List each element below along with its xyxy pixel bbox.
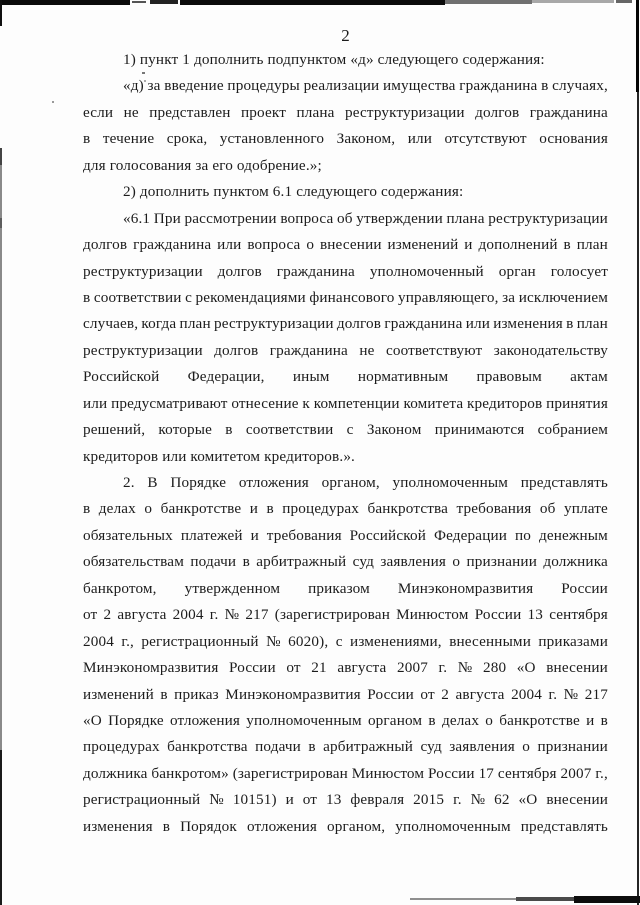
word: России	[229, 655, 276, 681]
word: №	[225, 602, 240, 628]
word: предусматривают	[111, 391, 227, 417]
word: обязательствам	[83, 549, 184, 575]
scan-artifact-top-edge	[445, 0, 532, 4]
word: «О	[83, 708, 102, 734]
scan-artifact-right-edge	[637, 92, 639, 905]
word: иным	[293, 364, 330, 390]
word: «6.1	[123, 206, 150, 232]
scan-artifact-speck	[52, 101, 54, 103]
word: или	[408, 126, 432, 152]
word: банкротстве	[499, 708, 580, 734]
word: признании	[537, 734, 607, 760]
word: Российской	[350, 523, 426, 549]
word: долгов	[214, 338, 258, 364]
text-line: обязательныхплатежейитребованияРоссийско…	[83, 523, 608, 549]
word: вопроса	[247, 232, 300, 258]
word: реализации	[304, 73, 380, 99]
word: случаев,	[83, 311, 138, 337]
word: 2004	[173, 602, 204, 628]
text-line: кредиторов или комитетом кредиторов.».	[83, 444, 608, 470]
word: от	[420, 682, 434, 708]
scan-artifact-top-edge	[180, 0, 445, 5]
text-line: должникабанкротом»(зарегистрированМинюст…	[83, 761, 608, 787]
word: Законом,	[337, 126, 396, 152]
word: требования	[456, 496, 531, 522]
word: законодательству	[494, 338, 608, 364]
word: банкротства	[367, 496, 448, 522]
word: Порядок	[180, 814, 237, 840]
word: 2004	[511, 682, 542, 708]
word: не	[124, 100, 139, 126]
word: в	[266, 496, 273, 522]
word: 2004	[83, 629, 114, 655]
word: и	[286, 787, 294, 813]
word: правовым	[477, 364, 542, 390]
word: в	[541, 73, 548, 99]
word: не	[359, 338, 374, 364]
text-line: «ОПорядкеотложенияуполномоченныморганомв…	[83, 708, 608, 734]
scan-artifact-top-edge	[616, 0, 632, 3]
word: актам	[570, 364, 608, 390]
word: Федерации,	[188, 364, 265, 390]
word: имущества	[383, 73, 456, 99]
word: банкротом,	[83, 576, 157, 602]
word: №	[209, 787, 224, 813]
word: уполномоченным	[395, 814, 511, 840]
word: г.,	[595, 761, 608, 787]
scan-artifact-top-edge	[0, 0, 130, 5]
text-line: 2) дополнить пунктом 6.1 следующего соде…	[83, 179, 608, 205]
document-body: 1) пункт 1 дополнить подпунктом «д» след…	[83, 47, 608, 840]
text-line: 1) пункт 1 дополнить подпунктом «д» след…	[83, 47, 608, 73]
word: исключением	[519, 285, 608, 311]
word: реструктуризации	[83, 259, 203, 285]
word: реструктуризации	[214, 311, 334, 337]
word: внесенными	[449, 629, 531, 655]
word: об	[337, 206, 353, 232]
word: При	[154, 206, 181, 232]
word: России	[428, 761, 475, 787]
word: «д)	[123, 73, 144, 99]
word: изменения	[493, 311, 563, 337]
paragraph: «6.1Прирассмотрениивопросаобутверждениип…	[83, 206, 608, 470]
scan-artifact-right-edge	[636, 0, 639, 92]
word: 2007	[397, 655, 428, 681]
word: в	[564, 232, 571, 258]
word: гражданина	[459, 73, 537, 99]
paragraph: 2) дополнить пунктом 6.1 следующего соде…	[83, 179, 608, 205]
word: отнесение	[231, 391, 298, 417]
word: о	[522, 734, 530, 760]
text-line: МинэкономразвитияРоссииот21августа2007г.…	[83, 655, 608, 681]
word: от	[83, 602, 97, 628]
word: денежным	[539, 523, 608, 549]
word: 10151)	[233, 787, 277, 813]
word: Порядке	[108, 708, 164, 734]
word: принимаются	[435, 417, 525, 443]
word: или	[83, 391, 107, 417]
word: долгов	[475, 100, 519, 126]
word: 217	[585, 682, 608, 708]
word: срока,	[167, 126, 208, 152]
word: отложения	[247, 814, 317, 840]
word: орган	[499, 259, 536, 285]
scan-artifact-bottom-edge	[574, 896, 640, 903]
word: 6020),	[288, 629, 328, 655]
word: должника	[543, 549, 608, 575]
word: Минэкономразвития	[225, 682, 360, 708]
text-line: измененийвприказМинэкономразвитияРоссиио…	[83, 682, 608, 708]
word: изменений	[83, 682, 154, 708]
word: рекомендациями	[196, 285, 306, 311]
word: и	[464, 232, 472, 258]
text-line: всоответствиисрекомендациямифинансовогоу…	[83, 285, 608, 311]
word: и	[250, 496, 258, 522]
word: регистрационный	[83, 787, 200, 813]
word: собранием	[538, 417, 608, 443]
word: процедурах	[282, 496, 359, 522]
word: соответствуют	[386, 338, 482, 364]
word: 2	[104, 602, 112, 628]
word: решений,	[83, 417, 145, 443]
word: или	[217, 232, 241, 258]
scan-artifact-left-edge	[0, 750, 2, 905]
text-line: втечениесрока,установленногоЗаконом,илио…	[83, 126, 608, 152]
word: банкротом»	[151, 761, 228, 787]
word: о	[452, 549, 460, 575]
word: реструктуризации	[83, 338, 203, 364]
word: план	[180, 311, 211, 337]
word: реструктуризации	[488, 206, 608, 232]
word: уполномоченным	[393, 470, 509, 496]
word: 13	[528, 602, 544, 628]
word: и	[251, 523, 259, 549]
word: соответствии	[246, 417, 334, 443]
word: рассмотрении	[185, 206, 277, 232]
word: к	[302, 391, 310, 417]
word: сентября	[498, 761, 557, 787]
word: отсутствуют	[444, 126, 526, 152]
word: основания	[539, 126, 608, 152]
word: о	[144, 496, 152, 522]
word: об	[540, 496, 556, 522]
word: В	[147, 470, 157, 496]
word: гражданина	[384, 311, 462, 337]
word: отложения	[170, 708, 240, 734]
word: №	[471, 787, 486, 813]
scan-artifact-bottom-edge	[516, 897, 574, 901]
word: заявления	[380, 549, 446, 575]
word: гражданина	[270, 338, 348, 364]
word: Минэкономразвития	[83, 655, 218, 681]
word: в	[83, 126, 90, 152]
word: в	[83, 496, 90, 522]
scan-artifact-bottom-edge	[410, 898, 516, 900]
text-line: изменениявПорядокотложенияорганом,уполно…	[83, 814, 608, 840]
word: компетенции	[314, 391, 400, 417]
word: представлять	[521, 814, 608, 840]
word: органом	[368, 708, 422, 734]
word: Порядке	[170, 470, 226, 496]
word: план	[577, 311, 608, 337]
word: регистрационный	[141, 629, 258, 655]
word: Законом	[367, 417, 422, 443]
paragraph: 1) пункт 1 дополнить подпунктом «д» след…	[83, 47, 608, 73]
word: утверждении	[356, 206, 443, 232]
scan-artifact-left-edge	[0, 165, 2, 218]
word: в	[566, 311, 573, 337]
text-line: от2августа2004г.№217(зарегистрированМиню…	[83, 602, 608, 628]
word: должника	[83, 761, 148, 787]
word: банкротстве	[161, 496, 242, 522]
word: 2.	[123, 470, 135, 496]
word: 13	[326, 787, 342, 813]
text-line: решений,которыевсоответствиисЗакономприн…	[83, 417, 608, 443]
scan-artifact-left-edge	[0, 148, 2, 165]
word: гражданина	[133, 232, 211, 258]
word: арбитражный	[323, 734, 413, 760]
word: долгов	[337, 311, 381, 337]
word: (зарегистрирован	[233, 761, 348, 787]
word: внесении	[546, 655, 608, 681]
scan-artifact-top-edge	[132, 1, 146, 3]
word: в	[160, 682, 167, 708]
word: процедурах	[83, 734, 160, 760]
word: 280	[483, 655, 506, 681]
word: плана	[296, 100, 334, 126]
word: г.	[453, 787, 462, 813]
word: когда	[141, 311, 176, 337]
word: течение	[103, 126, 154, 152]
word: заявления	[449, 734, 515, 760]
word: в	[163, 814, 170, 840]
word: комитета	[403, 391, 463, 417]
scan-artifact-top-edge	[532, 0, 614, 3]
word: гражданина	[530, 100, 608, 126]
scan-artifact-left-edge	[0, 218, 2, 228]
word: обязательных	[83, 523, 173, 549]
word: в	[225, 417, 232, 443]
word: России	[561, 576, 608, 602]
paragraph: «д)завведениепроцедурыреализацииимуществ…	[83, 73, 608, 179]
word: с	[185, 285, 192, 311]
word: августа	[455, 682, 504, 708]
text-line: для голосования за его одобрение.»;	[83, 153, 608, 179]
word: 2015	[413, 787, 444, 813]
word: по	[515, 523, 531, 549]
word: Минюстом	[352, 761, 424, 787]
word: процедуры	[227, 73, 299, 99]
word: подачи	[255, 734, 301, 760]
text-line: банкротом,утвержденномприказомМинэкономр…	[83, 576, 608, 602]
word: долгов	[83, 232, 127, 258]
word: представлять	[521, 470, 608, 496]
word: кредиторов	[467, 391, 542, 417]
word: России	[475, 602, 522, 628]
word: за	[148, 73, 161, 99]
word: «О	[517, 655, 536, 681]
word: платежей	[181, 523, 243, 549]
text-line: илипредусматриваютотнесениеккомпетенциик…	[83, 391, 608, 417]
text-line: реструктуризациидолговгражданинанесоотве…	[83, 338, 608, 364]
word: утвержденном	[185, 576, 281, 602]
word: проект	[241, 100, 286, 126]
word: в	[83, 285, 90, 311]
text-line: обязательствамподачиварбитражныйсудзаявл…	[83, 549, 608, 575]
word: о	[485, 708, 493, 734]
word: приказ	[174, 682, 219, 708]
text-line: вделахобанкротствеивпроцедурахбанкротств…	[83, 496, 608, 522]
word: о	[306, 232, 314, 258]
word: представлен	[149, 100, 230, 126]
word: суд	[420, 734, 441, 760]
word: голосует	[551, 259, 608, 285]
word: введение	[164, 73, 223, 99]
word: банкротства	[167, 734, 248, 760]
word: установленного	[220, 126, 324, 152]
text-line: «д)завведениепроцедурыреализацииимуществ…	[83, 73, 608, 99]
word: план	[577, 232, 608, 258]
word: от	[286, 655, 300, 681]
word: 21	[311, 655, 327, 681]
word: в	[428, 708, 435, 734]
word: изменениями,	[350, 629, 442, 655]
scan-artifact-top-edge	[150, 0, 178, 4]
text-line: еслинепредставленпроектпланареструктуриз…	[83, 100, 608, 126]
word: финансового	[309, 285, 394, 311]
word: в	[601, 708, 608, 734]
word: №	[458, 655, 473, 681]
word: с	[336, 629, 343, 655]
word: Российской	[83, 364, 159, 390]
word: плана	[447, 206, 485, 232]
page-number: 2	[83, 26, 608, 46]
word: февраля	[350, 787, 404, 813]
word: августа	[117, 602, 166, 628]
word: с	[347, 417, 354, 443]
text-line: регистрационный№10151)иот13февраля2015г.…	[83, 787, 608, 813]
scanned-document-page: 2 1) пункт 1 дополнить подпунктом «д» сл…	[0, 0, 640, 905]
word: делах	[442, 708, 479, 734]
word: внесении	[546, 787, 608, 813]
text-line: 2.ВПорядкеотложенияорганом,уполномоченны…	[83, 470, 608, 496]
word: 62	[494, 787, 510, 813]
word: г.	[549, 682, 558, 708]
word: Федерации	[434, 523, 507, 549]
word: долгов	[218, 259, 262, 285]
word: №	[266, 629, 281, 655]
word: (зарегистрирован	[275, 602, 390, 628]
word: Минэкономразвития	[398, 576, 533, 602]
word: или	[466, 311, 490, 337]
word: делах	[99, 496, 136, 522]
text-line: случаев,когдапланреструктуризациидолговг…	[83, 311, 608, 337]
word: отложения	[239, 470, 309, 496]
text-line: процедурахбанкротстваподачиварбитражныйс…	[83, 734, 608, 760]
word: нормативным	[358, 364, 448, 390]
word: принятия	[546, 391, 608, 417]
word: гражданина	[277, 259, 355, 285]
word: изменения	[83, 814, 153, 840]
word: которые	[158, 417, 212, 443]
word: уполномоченный	[370, 259, 484, 285]
word: приказами	[538, 629, 608, 655]
word: внесении	[320, 232, 382, 258]
word: управляющего,	[398, 285, 499, 311]
word: г.	[439, 655, 448, 681]
word: в	[243, 549, 250, 575]
word: вопроса	[280, 206, 333, 232]
word: России	[367, 682, 414, 708]
text-line: РоссийскойФедерации,инымнормативнымправо…	[83, 364, 608, 390]
word: уполномоченным	[246, 708, 362, 734]
word: сентября	[549, 602, 608, 628]
word: случаях,	[552, 73, 608, 99]
paragraph: 2.ВПорядкеотложенияорганом,уполномоченны…	[83, 470, 608, 840]
word: уплате	[564, 496, 608, 522]
text-line: «6.1Прирассмотрениивопросаобутверждениип…	[83, 206, 608, 232]
word: г.,	[121, 629, 134, 655]
text-line: 2004г.,регистрационный№6020),сизменениям…	[83, 629, 608, 655]
word: подачи	[190, 549, 236, 575]
word: если	[83, 100, 113, 126]
word: признании	[467, 549, 537, 575]
scan-artifact-left-edge	[0, 228, 2, 750]
word: арбитражный	[256, 549, 346, 575]
word: г.	[210, 602, 219, 628]
word: суд	[353, 549, 374, 575]
word: приказом	[308, 576, 370, 602]
word: «О	[519, 787, 538, 813]
word: 2	[441, 682, 449, 708]
word: и	[586, 708, 594, 734]
word: органом,	[327, 814, 385, 840]
text-line: реструктуризациидолговгражданинауполномо…	[83, 259, 608, 285]
word: изменений	[388, 232, 459, 258]
word: 217	[245, 602, 268, 628]
text-line: долговгражданинаиливопросаовнесенииизмен…	[83, 232, 608, 258]
word: дополнений	[478, 232, 557, 258]
word: реструктуризации	[345, 100, 465, 126]
scan-artifact-left-edge	[0, 0, 2, 26]
word: Минюстом	[396, 602, 468, 628]
word: от	[303, 787, 317, 813]
word: органом,	[322, 470, 380, 496]
word: в	[308, 734, 315, 760]
word: за	[502, 285, 515, 311]
word: августа	[337, 655, 386, 681]
word: №	[564, 682, 579, 708]
word: 17	[479, 761, 495, 787]
word: соответствии	[94, 285, 182, 311]
word: требования	[267, 523, 342, 549]
word: 2007	[561, 761, 592, 787]
